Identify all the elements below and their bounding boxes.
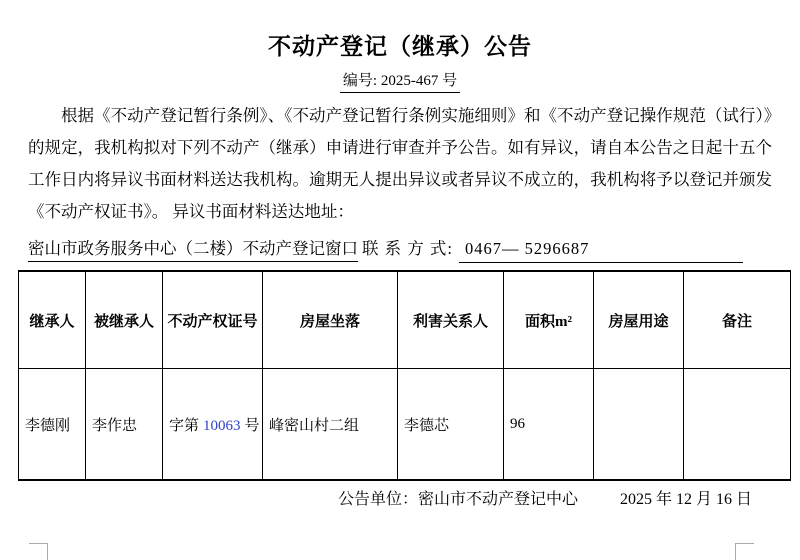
text-boundary-corner-mark-left — [29, 543, 48, 560]
doc-number-line: 编号: 2025-467 号 — [0, 69, 800, 90]
text-boundary-corner-mark-right — [735, 543, 754, 560]
table-header-row: 继承人 被继承人 不动产权证号 房屋坐落 利害关系人 面积m² 房屋用途 备注 — [19, 271, 791, 369]
contact-phone-underline: 0467— 5296687 — [459, 239, 743, 263]
doc-number: 编号: 2025-467 号 — [340, 73, 460, 93]
col-header-cert-no: 不动产权证号 — [163, 271, 263, 369]
announcement-page: { "colors": { "cert_number": "#2f3fd0", … — [0, 0, 800, 560]
cell-decedent: 李作忠 — [86, 369, 163, 481]
col-header-area: 面积m² — [504, 271, 594, 369]
cell-remark — [684, 369, 791, 481]
address-line: 密山市政务服务中心（二楼）不动产登记窗口联 系 方 式:0467— 529668… — [28, 235, 772, 263]
contact-phone: 0467— 5296687 — [459, 239, 589, 258]
cell-stakeholder: 李德芯 — [398, 369, 504, 481]
announcement-table: 继承人 被继承人 不动产权证号 房屋坐落 利害关系人 面积m² 房屋用途 备注 … — [18, 270, 791, 481]
contact-label: 联 系 方 式: — [362, 239, 453, 258]
announcement-date: 2025 年 12 月 16 日 — [620, 491, 752, 508]
cert-number: 10063 — [203, 418, 241, 434]
cell-location: 峰密山村二组 — [263, 369, 398, 481]
col-header-location: 房屋坐落 — [263, 271, 398, 369]
col-header-stakeholder: 利害关系人 — [398, 271, 504, 369]
cell-heir: 李德刚 — [19, 369, 86, 481]
table-row: 李德刚 李作忠 字第10063号 峰密山村二组 李德芯 96 — [19, 369, 791, 481]
col-header-remark: 备注 — [684, 271, 791, 369]
col-header-usage: 房屋用途 — [594, 271, 684, 369]
delivery-address: 密山市政务服务中心（二楼）不动产登记窗口 — [28, 239, 358, 262]
col-header-heir: 继承人 — [19, 271, 86, 369]
page-title: 不动产登记（继承）公告 — [0, 28, 800, 61]
announcement-paragraph: 根据《不动产登记暂行条例》、《不动产登记暂行条例实施细则》和《不动产登记操作规范… — [28, 100, 772, 228]
footer-line: 公告单位：密山市不动产登记中心2025 年 12 月 16 日 — [28, 486, 772, 509]
cell-cert-no: 字第10063号 — [163, 369, 263, 481]
cell-area: 96 — [504, 369, 594, 481]
cert-prefix: 字第 — [169, 418, 199, 434]
col-header-decedent: 被继承人 — [86, 271, 163, 369]
cert-suffix: 号 — [245, 418, 260, 434]
issuer: 公告单位：密山市不动产登记中心 — [338, 491, 578, 508]
cell-usage — [594, 369, 684, 481]
